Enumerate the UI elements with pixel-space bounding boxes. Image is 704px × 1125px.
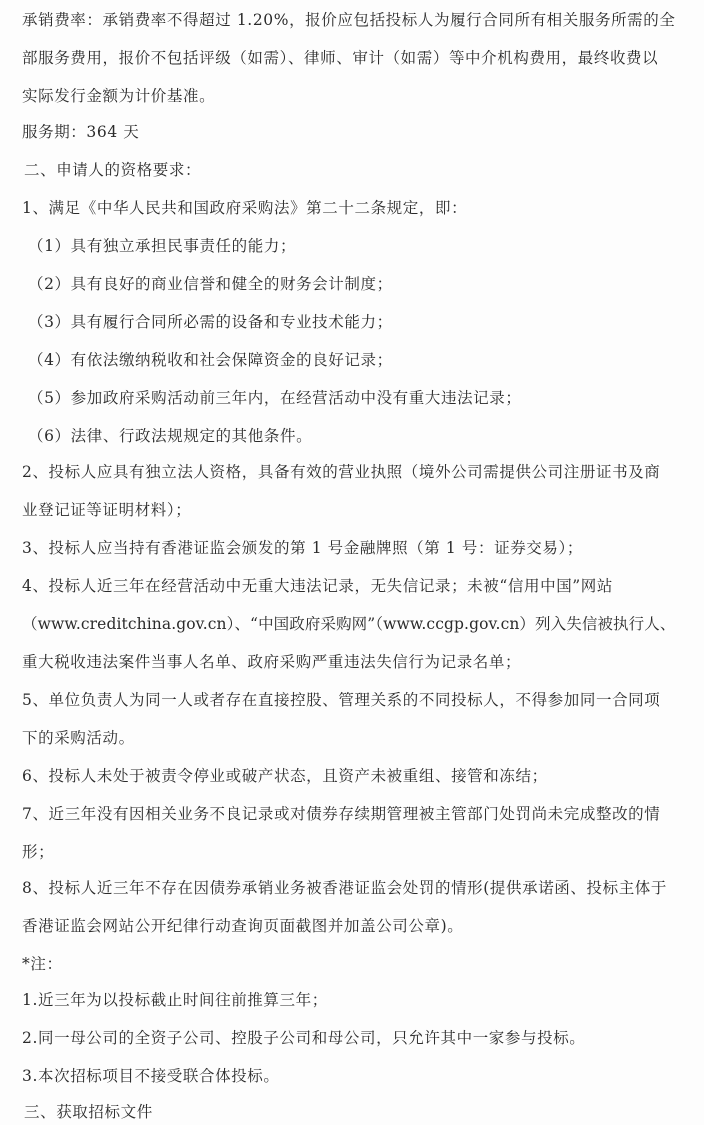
underwriting-fee-line-2: 部服务费用，报价不包括评级（如需）、律师、审计（如需）等中介机构费用，最终收费以 [22, 48, 658, 68]
underwriting-fee-line-1: 承销费率：承销费率不得超过 1.20%，报价应包括投标人为履行合同所有相关服务所… [22, 10, 675, 30]
note-heading: *注： [22, 954, 63, 974]
requirement-5-line-1: 5、单位负责人为同一人或者存在直接控股、管理关系的不同投标人，不得参加同一合同项 [22, 690, 660, 710]
requirement-1-sub-2: （2）具有良好的商业信誉和健全的财务会计制度； [28, 274, 393, 294]
requirement-8-line-2: 香港证监会网站公开纪律行动查询页面截图并加盖公司公章)。 [22, 916, 463, 936]
requirement-2-line-2: 业登记证等证明材料）； [22, 500, 191, 520]
requirement-4-line-1: 4、投标人近三年在经营活动中无重大违法记录，无失信记录；未被“信用中国”网站 [22, 576, 613, 596]
requirement-5-line-2: 下的采购活动。 [22, 728, 135, 748]
requirement-6: 6、投标人未处于被责令停业或破产状态，且资产未被重组、接管和冻结； [22, 766, 548, 786]
requirement-1-sub-1: （1）具有独立承担民事责任的能力； [28, 236, 296, 256]
requirement-4-line-2: （www.creditchina.gov.cn）、“中国政府采购网”（www.c… [22, 614, 675, 634]
note-1: 1.近三年为以投标截止时间往前推算三年； [22, 990, 328, 1010]
note-3: 3.本次招标项目不接受联合体投标。 [22, 1066, 280, 1086]
requirement-1-sub-3: （3）具有履行合同所必需的设备和专业技术能力； [28, 312, 393, 332]
requirement-1-sub-4: （4）有依法缴纳税收和社会保障资金的良好记录； [28, 350, 393, 370]
requirement-7-line-2: 形； [22, 842, 54, 862]
requirement-4-line-3: 重大税收违法案件当事人名单、政府采购严重违法失信行为记录名单； [22, 652, 521, 672]
requirement-1: 1、满足《中华人民共和国政府采购法》第二十二条规定，即： [22, 198, 467, 218]
section-heading-obtain-documents: 三、获取招标文件 [24, 1102, 153, 1122]
requirement-8-line-1: 8、投标人近三年不存在因债券承销业务被香港证监会处罚的情形(提供承诺函、投标主体… [22, 878, 667, 898]
requirement-3: 3、投标人应当持有香港证监会颁发的第 1 号金融牌照（第 1 号：证券交易）； [22, 538, 583, 558]
requirement-7-line-1: 7、近三年没有因相关业务不良记录或对债券存续期管理被主管部门处罚尚未完成整改的情 [22, 804, 660, 824]
requirement-1-sub-6: （6）法律、行政法规规定的其他条件。 [28, 426, 312, 446]
note-2: 2.同一母公司的全资子公司、控股子公司和母公司，只允许其中一家参与投标。 [22, 1028, 585, 1048]
requirement-2-line-1: 2、投标人应具有独立法人资格，具备有效的营业执照（境外公司需提供公司注册证书及商 [22, 462, 660, 482]
section-heading-qualifications: 二、申请人的资格要求： [24, 160, 201, 180]
underwriting-fee-line-3: 实际发行金额为计价基准。 [22, 86, 215, 106]
requirement-1-sub-5: （5）参加政府采购活动前三年内，在经营活动中没有重大违法记录； [28, 388, 521, 408]
scanned-document-page: 承销费率：承销费率不得超过 1.20%，报价应包括投标人为履行合同所有相关服务所… [0, 0, 704, 1125]
service-period: 服务期：364 天 [22, 122, 139, 142]
